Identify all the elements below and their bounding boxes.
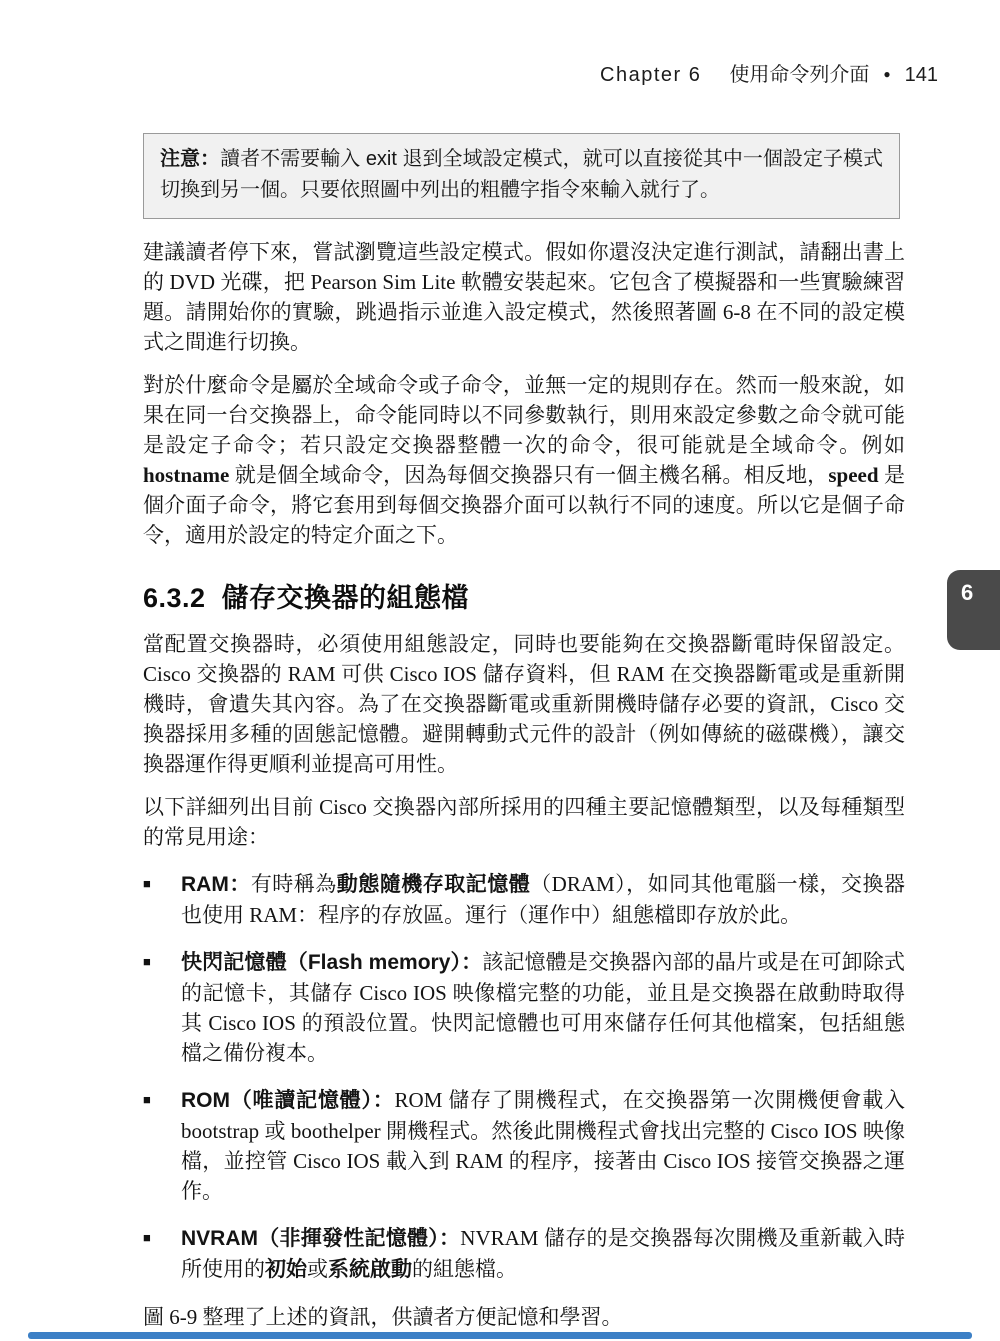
section-heading: 6.3.2儲存交換器的組態檔 <box>143 576 905 615</box>
list-item-text: 快閃記憶體（Flash memory）：該記憶體是交換器內部的晶片或是在可卸除式… <box>181 947 905 1068</box>
content-column: 注意：讀者不需要輸入 exit 退到全域設定模式，就可以直接從其中一個設定子模式… <box>143 133 905 1332</box>
bullet-square-icon: ■ <box>143 1085 181 1206</box>
paragraph-4: 以下詳細列出目前 Cisco 交換器內部所採用的四種主要記憶體類型，以及每種類型… <box>143 792 905 852</box>
chapter-label: Chapter 6 <box>600 64 701 87</box>
page-header: Chapter 6 使用命令列介面 ● 141 <box>0 0 1000 87</box>
list-item-ram: ■ RAM：有時稱為動態隨機存取記憶體（DRAM），如同其他電腦一樣，交換器也使… <box>143 869 905 930</box>
memory-types-list: ■ RAM：有時稱為動態隨機存取記憶體（DRAM），如同其他電腦一樣，交換器也使… <box>143 869 905 1285</box>
note-box: 注意：讀者不需要輸入 exit 退到全域設定模式，就可以直接從其中一個設定子模式… <box>143 133 900 219</box>
chapter-title: 使用命令列介面 <box>729 58 869 87</box>
bullet-square-icon: ■ <box>143 1223 181 1285</box>
paragraph-2: 對於什麼命令是屬於全域命令或子命令，並無一定的規則存在。然而一般來說，如果在同一… <box>143 370 905 550</box>
chapter-side-tab: 6 <box>947 570 1000 650</box>
list-item-flash: ■ 快閃記憶體（Flash memory）：該記憶體是交換器內部的晶片或是在可卸… <box>143 947 905 1068</box>
list-item-text: RAM：有時稱為動態隨機存取記憶體（DRAM），如同其他電腦一樣，交換器也使用 … <box>181 869 905 930</box>
note-text: 注意：讀者不需要輸入 exit 退到全域設定模式，就可以直接從其中一個設定子模式… <box>160 148 883 201</box>
bullet-square-icon: ■ <box>143 947 181 1068</box>
list-item-rom: ■ ROM（唯讀記憶體）：ROM 儲存了開機程式，在交換器第一次開機便會載入 b… <box>143 1085 905 1206</box>
list-item-text: NVRAM（非揮發性記憶體）：NVRAM 儲存的是交換器每次開機及重新載入時所使… <box>181 1223 905 1285</box>
list-item-nvram: ■ NVRAM（非揮發性記憶體）：NVRAM 儲存的是交換器每次開機及重新載入時… <box>143 1223 905 1285</box>
page-number: 141 <box>905 64 938 87</box>
paragraph-1: 建議讀者停下來，嘗試瀏覽這些設定模式。假如你還沒決定進行測試，請翻出書上的 DV… <box>143 237 905 357</box>
book-page: Chapter 6 使用命令列介面 ● 141 注意：讀者不需要輸入 exit … <box>0 0 1000 1341</box>
list-item-text: ROM（唯讀記憶體）：ROM 儲存了開機程式，在交換器第一次開機便會載入 boo… <box>181 1085 905 1206</box>
bullet-square-icon: ■ <box>143 869 181 930</box>
closing-paragraph: 圖 6-9 整理了上述的資訊，供讀者方便記憶和學習。 <box>143 1302 905 1332</box>
separator-dot-icon: ● <box>883 67 890 81</box>
paragraph-3: 當配置交換器時，必須使用組態設定，同時也要能夠在交換器斷電時保留設定。Cisco… <box>143 629 905 779</box>
chapter-tab-number: 6 <box>961 580 1000 606</box>
section-title: 儲存交換器的組態檔 <box>222 583 470 613</box>
reading-progress-bar[interactable] <box>28 1332 972 1339</box>
section-number: 6.3.2 <box>143 583 206 613</box>
